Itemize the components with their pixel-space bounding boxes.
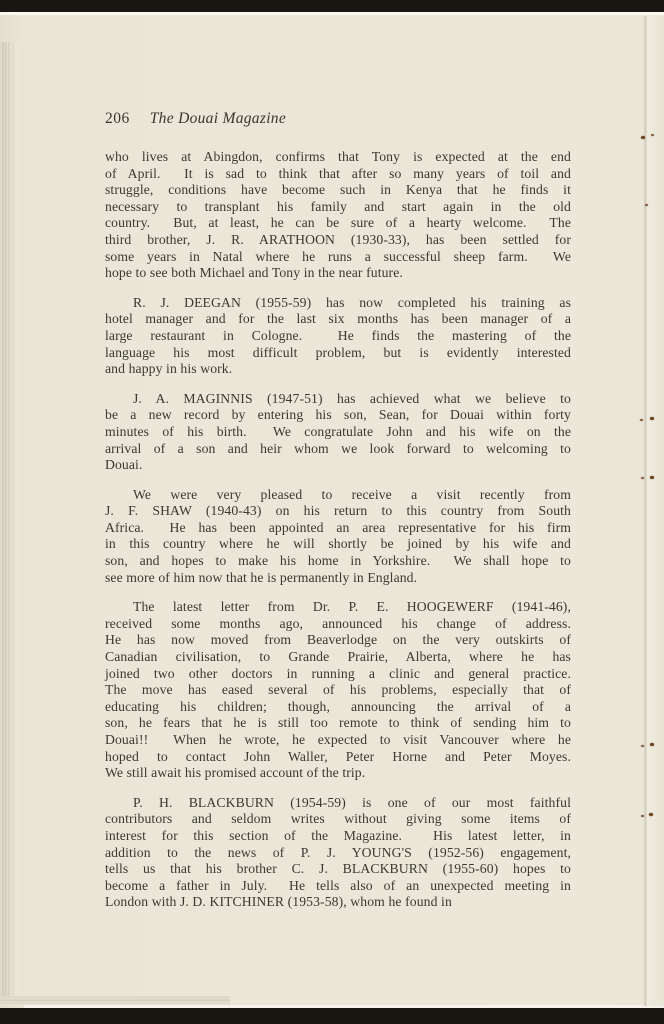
text-line: be a new record by entering his son, Sea… [105,407,571,424]
stitch-speck [641,745,644,747]
text-line: Canadian civilisation, to Grande Prairie… [105,649,571,666]
stitch-speck [640,419,643,421]
page-number: 206 [105,110,130,127]
text-line: struggle, conditions have become such in… [105,182,571,199]
text-line: The latest letter from Dr. P. E. HOOGEWE… [105,599,571,616]
text-line: joined two other doctors in running a cl… [105,666,571,683]
stitch-speck [650,743,654,746]
text-line: son, he fears that he is still too remot… [105,715,571,732]
text-line: country. But, at least, he can be sure o… [105,215,571,232]
paragraph: We were very pleased to receive a visit … [105,487,571,587]
text-line: P. H. BLACKBURN (1954-59) is one of our … [105,795,571,812]
stitch-speck [641,815,644,817]
page-edge-highlight-bottom [24,1005,664,1008]
text-line: hotel manager and for the last six month… [105,311,571,328]
page-stack-edges-bottom [0,996,230,1005]
text-line: become a father in July. He tells also o… [105,878,571,895]
text-line: hoped to contact John Waller, Peter Horn… [105,749,571,766]
text-line: addition to the news of P. J. YOUNG'S (1… [105,845,571,862]
text-line: Douai!! When he wrote, he expected to vi… [105,732,571,749]
running-title: The Douai Magazine [150,110,286,127]
text-line: third brother, J. R. ARATHOON (1930-33),… [105,232,571,249]
text-body: who lives at Abingdon, confirms that Ton… [105,149,571,911]
text-line: interest for this section of the Magazin… [105,828,571,845]
running-header: 206The Douai Magazine [105,110,571,128]
text-line: see more of him now that he is permanent… [105,570,571,587]
text-line: minutes of his birth. We congratulate Jo… [105,424,571,441]
text-line: J. F. SHAW (1940-43) on his return to th… [105,503,571,520]
stitch-speck [641,477,644,479]
page-edge-highlight-top [0,12,664,15]
paragraph: who lives at Abingdon, confirms that Ton… [105,149,571,282]
paragraph: J. A. MAGINNIS (1947-51) has achieved wh… [105,391,571,474]
paragraph: P. H. BLACKBURN (1954-59) is one of our … [105,795,571,911]
text-line: The move has eased several of his proble… [105,682,571,699]
text-line: tells us that his brother C. J. BLACKBUR… [105,861,571,878]
text-line: We were very pleased to receive a visit … [105,487,571,504]
page-stack-edges-left [0,42,20,1004]
text-line: son, and hopes to make his home in Yorks… [105,553,571,570]
text-line: necessary to transplant his family and s… [105,199,571,216]
stitch-speck [650,417,654,420]
text-line: contributors and seldom writes without g… [105,811,571,828]
book-scan: 206The Douai Magazine who lives at Abing… [0,0,664,1024]
text-line: who lives at Abingdon, confirms that Ton… [105,149,571,166]
text-line: R. J. DEEGAN (1955-59) has now completed… [105,295,571,312]
text-line: J. A. MAGINNIS (1947-51) has achieved wh… [105,391,571,408]
text-line: London with J. D. KITCHINER (1953-58), w… [105,894,571,911]
text-line: hope to see both Michael and Tony in the… [105,265,571,282]
paragraph: R. J. DEEGAN (1955-59) has now completed… [105,295,571,378]
stitch-speck [650,476,654,479]
text-line: We still await his promised account of t… [105,765,571,782]
text-line: language his most difficult problem, but… [105,345,571,362]
text-line: Douai. [105,457,571,474]
text-line: educating his children; though, announci… [105,699,571,716]
text-line: and happy in his work. [105,361,571,378]
text-line: arrival of a son and heir whom we look f… [105,441,571,458]
fore-edge-strip [647,16,664,1006]
stitch-speck [651,134,654,136]
text-line: received some months ago, announced his … [105,616,571,633]
paragraph: The latest letter from Dr. P. E. HOOGEWE… [105,599,571,782]
text-line: some years in Natal where he runs a succ… [105,249,571,266]
text-line: in this country where he will shortly be… [105,536,571,553]
text-line: of April. It is sad to think that after … [105,166,571,183]
stitch-speck [649,813,653,816]
stitch-speck [645,204,648,206]
stitch-speck [641,136,645,139]
text-line: large restaurant in Cologne. He finds th… [105,328,571,345]
text-line: He has now moved from Beaverlodge on the… [105,632,571,649]
text-line: Africa. He has been appointed an area re… [105,520,571,537]
